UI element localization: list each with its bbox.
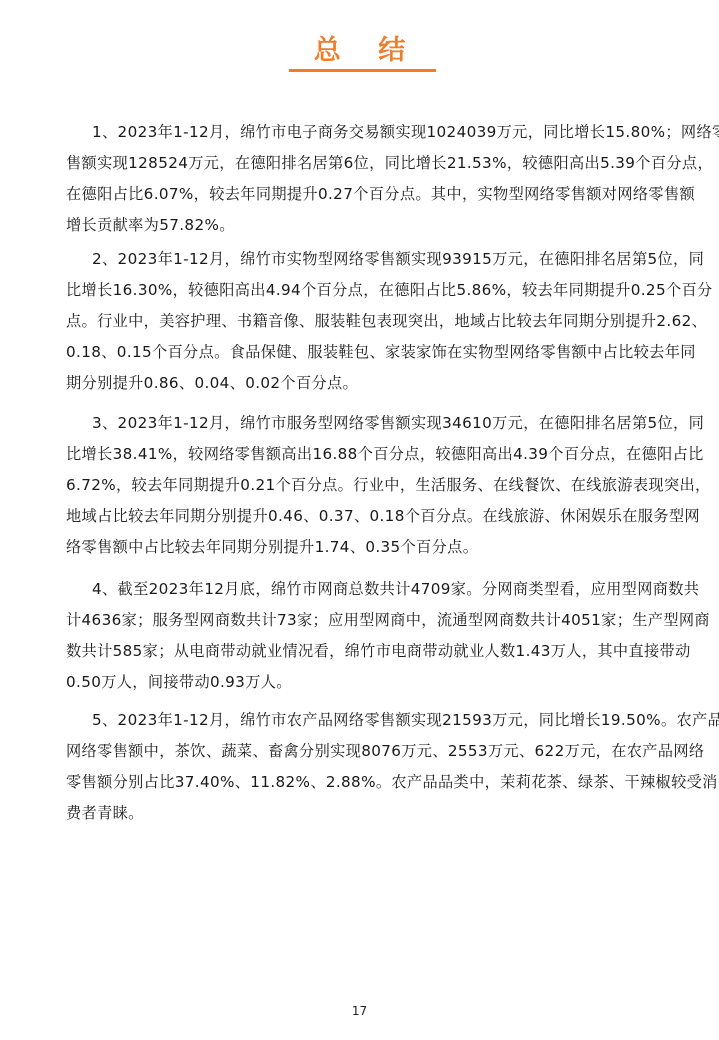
paragraph-line: 络零售额中占比较去年同期分别提升1.74、0.35个百分点。 [66, 532, 711, 563]
paragraph-line: 0.18、0.15个百分点。食品保健、服装鞋包、家装家饰在实物型网络零售额中占比… [66, 337, 713, 368]
summary-paragraph-3: 3、2023年1-12月，绵竹市服务型网络零售额实现34610万元，在德阳排名居… [66, 408, 711, 563]
summary-paragraph-4: 4、截至2023年12月底，绵竹市网商总数共计4709家。分网商类型看，应用型网… [66, 574, 710, 698]
paragraph-line: 计4636家；服务型网商数共计73家；应用型网商中，流通型网商数共计4051家；… [66, 605, 710, 636]
summary-paragraph-5: 5、2023年1-12月，绵竹市农产品网络零售额实现21593万元，同比增长19… [66, 705, 719, 829]
page-title: 总 结 [0, 28, 719, 67]
summary-paragraph-2: 2、2023年1-12月，绵竹市实物型网络零售额实现93915万元，在德阳排名居… [66, 244, 713, 399]
paragraph-line: 4、截至2023年12月底，绵竹市网商总数共计4709家。分网商类型看，应用型网… [66, 574, 710, 605]
paragraph-line: 售额实现128524万元，在德阳排名居第6位，同比增长21.53%，较德阳高出5… [66, 148, 719, 179]
paragraph-line: 1、2023年1-12月，绵竹市电子商务交易额实现1024039万元，同比增长1… [66, 117, 719, 148]
paragraph-line: 在德阳占比6.07%，较去年同期提升0.27个百分点。其中，实物型网络零售额对网… [66, 179, 719, 210]
paragraph-line: 地域占比较去年同期分别提升0.46、0.37、0.18个百分点。在线旅游、休闲娱… [66, 501, 711, 532]
paragraph-line: 比增长38.41%，较网络零售额高出16.88个百分点，较德阳高出4.39个百分… [66, 439, 711, 470]
paragraph-line: 2、2023年1-12月，绵竹市实物型网络零售额实现93915万元，在德阳排名居… [66, 244, 713, 275]
paragraph-line: 0.50万人，间接带动0.93万人。 [66, 667, 710, 698]
paragraph-line: 费者青睐。 [66, 798, 719, 829]
paragraph-line: 5、2023年1-12月，绵竹市农产品网络零售额实现21593万元，同比增长19… [66, 705, 719, 736]
paragraph-line: 期分别提升0.86、0.04、0.02个百分点。 [66, 368, 713, 399]
paragraph-line: 比增长16.30%，较德阳高出4.94个百分点，在德阳占比5.86%，较去年同期… [66, 275, 713, 306]
paragraph-line: 网络零售额中，茶饮、蔬菜、畜禽分别实现8076万元、2553万元、622万元，在… [66, 736, 719, 767]
paragraph-line: 零售额分别占比37.40%、11.82%、2.88%。农产品品类中，茉莉花茶、绿… [66, 767, 719, 798]
paragraph-line: 6.72%，较去年同期提升0.21个百分点。行业中，生活服务、在线餐饮、在线旅游… [66, 470, 711, 501]
summary-paragraph-1: 1、2023年1-12月，绵竹市电子商务交易额实现1024039万元，同比增长1… [66, 117, 719, 241]
paragraph-line: 数共计585家；从电商带动就业情况看，绵竹市电商带动就业人数1.43万人，其中直… [66, 636, 710, 667]
paragraph-line: 增长贡献率为57.82%。 [66, 210, 719, 241]
title-underline [289, 69, 436, 72]
page-number: 17 [0, 1004, 719, 1018]
paragraph-line: 3、2023年1-12月，绵竹市服务型网络零售额实现34610万元，在德阳排名居… [66, 408, 711, 439]
paragraph-line: 点。行业中，美容护理、书籍音像、服装鞋包表现突出，地域占比较去年同期分别提升2.… [66, 306, 713, 337]
